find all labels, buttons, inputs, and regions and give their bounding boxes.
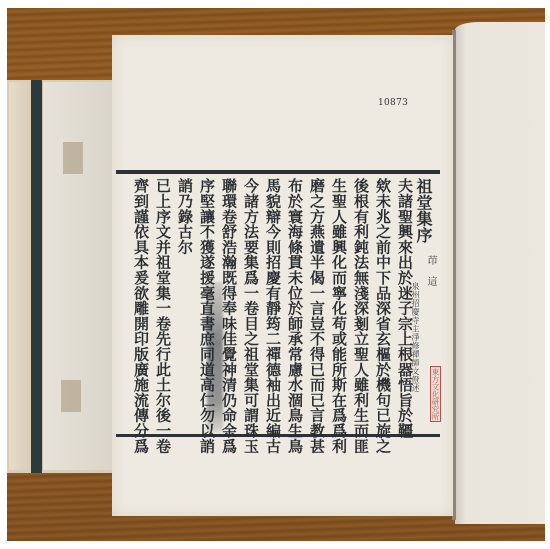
- library-seal-stamp: 東方文化研究所: [430, 366, 441, 422]
- preface-title: 祖堂集序: [414, 178, 432, 243]
- text-column-12: 已上序文并祖堂集一卷先行此土尔後一卷: [153, 178, 171, 453]
- left-volume-fore-edge: [9, 82, 31, 470]
- right-facing-page: [455, 22, 545, 524]
- text-column-6: 布於寰海條貫未位於師承常慮水涸鳥生鳥: [285, 178, 303, 453]
- text-column-7: 馬貌辯今則招慶有靜筠二禪德袖出近編古: [263, 178, 281, 453]
- signature-mark: 䒢 這: [425, 255, 435, 286]
- left-book-volume: [7, 80, 115, 473]
- top-border-rule: [116, 170, 440, 174]
- author-line: 泉州招慶寺主淨修禪師文僜述: [414, 282, 424, 393]
- ink-smudge: [207, 282, 223, 432]
- text-column-8: 今諸方法要集爲一卷目之祖堂集可謂珠玉: [241, 178, 259, 453]
- text-column-5: 磨之方燕遺半偈一言豈不得已而已言教甚: [307, 178, 325, 453]
- left-volume-cover: [42, 82, 115, 470]
- text-column-4: 生聖人雖興化而寧化苟或能所斯在爲爲利: [329, 178, 347, 453]
- text-column-11: 誚乃錄古尔: [175, 178, 193, 255]
- text-column-3: 後根有利鈍法無淺深剗立聖人雖利生而匪: [351, 178, 369, 453]
- text-column-2: 欸未兆之前中下品深省玄樞於機句已旋之: [373, 178, 391, 453]
- left-volume-spine-binding: [31, 80, 42, 473]
- text-column-13: 齊到謹依具本爰欲雕開印版廣施流傳分爲: [131, 178, 149, 453]
- text-column-1: 夫諸聖興來出於迷子宗上根器悟旨於韁: [395, 178, 413, 438]
- page-number: 10873: [378, 98, 408, 108]
- cover-label-patch-bottom: [61, 380, 81, 412]
- cover-label-patch-top: [63, 142, 83, 174]
